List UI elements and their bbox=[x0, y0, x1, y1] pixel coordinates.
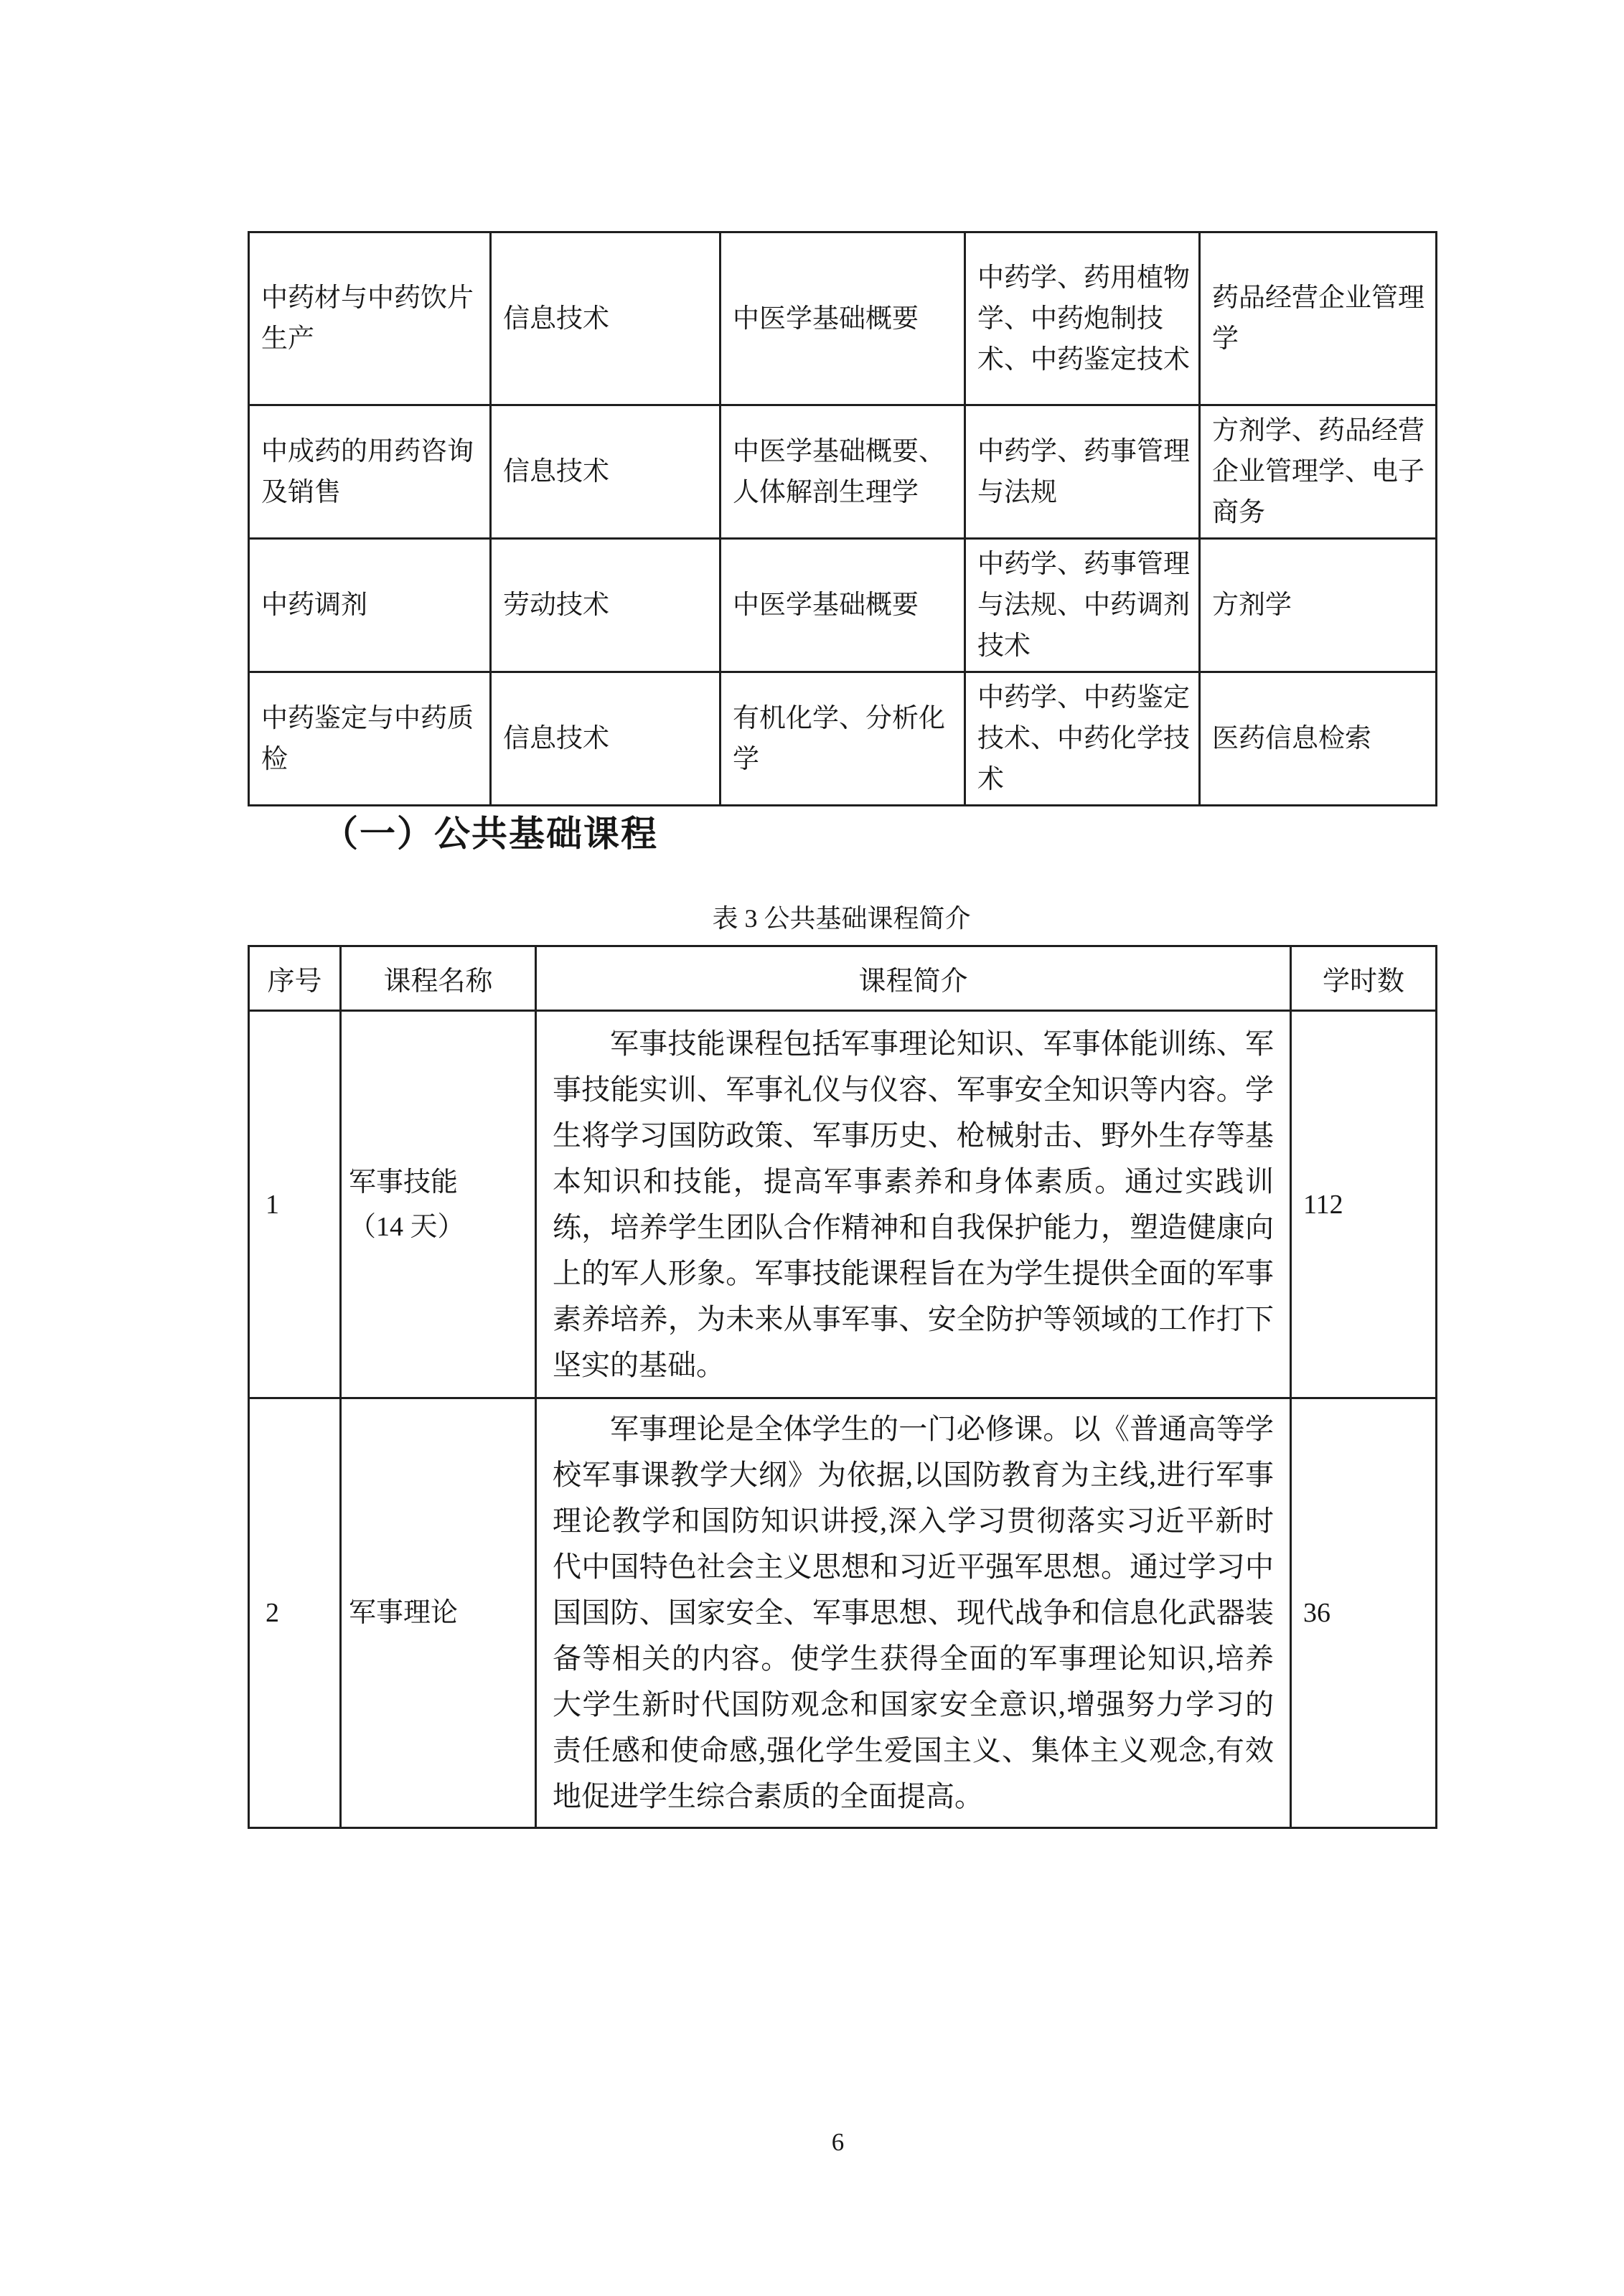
table-row: 1 军事技能 （14 天） 军事技能课程包括军事理论知识、军事体能训练、军事技能… bbox=[249, 1011, 1437, 1398]
serial-cell: 2 bbox=[249, 1398, 341, 1828]
table-cell: 信息技术 bbox=[491, 672, 721, 806]
section-heading: （一）公共基础课程 bbox=[322, 805, 658, 857]
table-cell: 中药鉴定与中药质检 bbox=[249, 672, 491, 806]
table-row: 中药材与中药饮片生产 信息技术 中医学基础概要 中药学、药用植物学、中药炮制技术… bbox=[249, 232, 1437, 405]
job-direction-table: 中药材与中药饮片生产 信息技术 中医学基础概要 中药学、药用植物学、中药炮制技术… bbox=[248, 231, 1437, 806]
table-cell: 中药材与中药饮片生产 bbox=[249, 232, 491, 405]
basic-courses-table: 序号 课程名称 课程简介 学时数 1 军事技能 （14 天） 军事技能课程包括军… bbox=[248, 945, 1437, 1829]
hours-cell: 112 bbox=[1291, 1011, 1437, 1398]
table-cell: 医药信息检索 bbox=[1200, 672, 1437, 806]
column-header-serial: 序号 bbox=[249, 946, 341, 1011]
course-intro-cell: 军事技能课程包括军事理论知识、军事体能训练、军事技能实训、军事礼仪与仪容、军事安… bbox=[536, 1011, 1291, 1398]
table-row: 中药调剂 劳动技术 中医学基础概要 中药学、药事管理与法规、中药调剂技术 方剂学 bbox=[249, 539, 1437, 672]
table-cell: 中药调剂 bbox=[249, 539, 491, 672]
serial-cell: 1 bbox=[249, 1011, 341, 1398]
course-name-cell: 军事技能 （14 天） bbox=[341, 1011, 536, 1398]
table-cell: 中成药的用药咨询及销售 bbox=[249, 405, 491, 539]
column-header-course-intro: 课程简介 bbox=[536, 946, 1291, 1011]
table-cell: 中医学基础概要、人体解剖生理学 bbox=[721, 405, 965, 539]
table-cell: 中药学、中药鉴定技术、中药化学技术 bbox=[965, 672, 1200, 806]
table-header-row: 序号 课程名称 课程简介 学时数 bbox=[249, 946, 1437, 1011]
table-row: 2 军事理论 军事理论是全体学生的一门必修课。以《普通高等学校军事课教学大纲》为… bbox=[249, 1398, 1437, 1828]
column-header-course-name: 课程名称 bbox=[341, 946, 536, 1011]
table-cell: 中药学、药事管理与法规 bbox=[965, 405, 1200, 539]
table-cell: 药品经营企业管理学 bbox=[1200, 232, 1437, 405]
table-cell: 中药学、药事管理与法规、中药调剂技术 bbox=[965, 539, 1200, 672]
table-cell: 劳动技术 bbox=[491, 539, 721, 672]
table-cell: 中医学基础概要 bbox=[721, 232, 965, 405]
table-cell: 方剂学 bbox=[1200, 539, 1437, 672]
table-cell: 信息技术 bbox=[491, 405, 721, 539]
table-cell: 信息技术 bbox=[491, 232, 721, 405]
table-row: 中药鉴定与中药质检 信息技术 有机化学、分析化学 中药学、中药鉴定技术、中药化学… bbox=[249, 672, 1437, 806]
table-caption: 表 3 公共基础课程简介 bbox=[248, 898, 1435, 935]
hours-cell: 36 bbox=[1291, 1398, 1437, 1828]
document-page: 中药材与中药饮片生产 信息技术 中医学基础概要 中药学、药用植物学、中药炮制技术… bbox=[0, 0, 1624, 2296]
table-cell: 方剂学、药品经营企业管理学、电子商务 bbox=[1200, 405, 1437, 539]
course-name-cell: 军事理论 bbox=[341, 1398, 536, 1828]
course-intro-cell: 军事理论是全体学生的一门必修课。以《普通高等学校军事课教学大纲》为依据,以国防教… bbox=[536, 1398, 1291, 1828]
table-cell: 中医学基础概要 bbox=[721, 539, 965, 672]
page-number: 6 bbox=[0, 2128, 1624, 2157]
table-cell: 中药学、药用植物学、中药炮制技术、中药鉴定技术 bbox=[965, 232, 1200, 405]
table-cell: 有机化学、分析化学 bbox=[721, 672, 965, 806]
table-row: 中成药的用药咨询及销售 信息技术 中医学基础概要、人体解剖生理学 中药学、药事管… bbox=[249, 405, 1437, 539]
column-header-hours: 学时数 bbox=[1291, 946, 1437, 1011]
